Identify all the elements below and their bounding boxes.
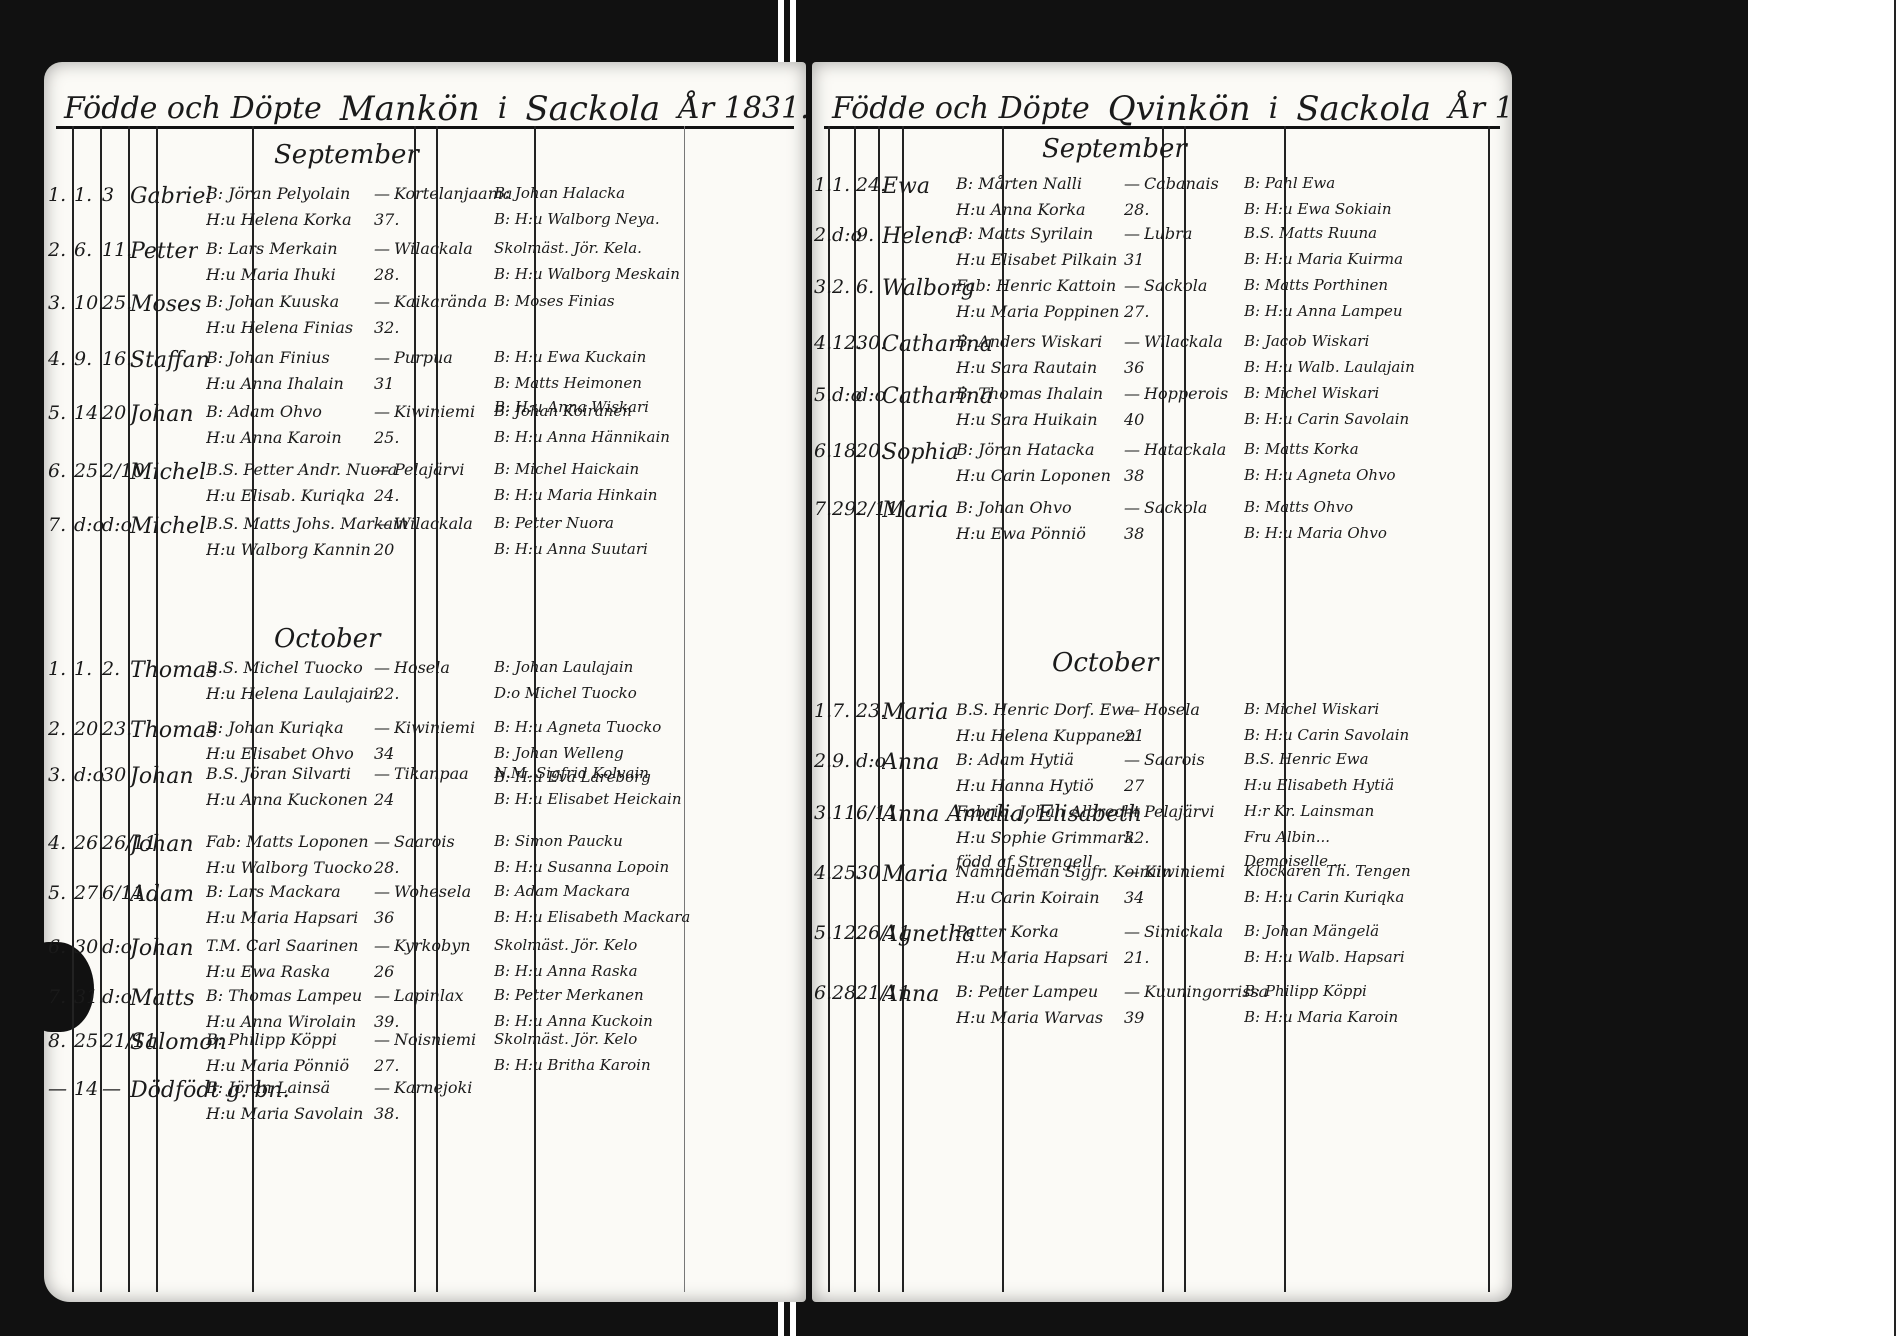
register-entry: 6.18.20.SophiaB: Jöran HatackaH:u Carin … [812,440,1512,492]
mother-age: 36 [374,908,394,927]
register-entry: —14—Dödfödt g. bn.B: Jöran LainsäH:u Mar… [44,1078,806,1130]
father-age: — [374,514,390,533]
witness: B: Matts Porthinen [1244,276,1388,294]
witness: D:o Michel Tuocko [494,684,637,702]
witness: N.M. Sigfrid Kolvain [494,764,649,782]
birth-day: 30 [74,936,98,958]
header-title: Födde och Döpte [832,92,1090,126]
mother-age: 31 [374,374,394,393]
baptism-day: — [102,1078,121,1100]
village: Sackola [1144,276,1207,295]
entry-number: 7. [48,986,66,1008]
witness: Skolmäst. Jör. Kelo [494,936,637,954]
witness: B: Matts Ohvo [1244,498,1353,516]
entry-number: 7. [48,514,66,536]
mother-age: 22. [374,684,399,703]
entry-number: 5. [814,922,832,944]
mother-name: H:u Anna Korka [956,200,1086,219]
mother-age: 27. [1124,302,1149,321]
witness: B: Johan Laulajain [494,658,633,676]
witness: B: H:u Agneta Ohvo [1244,466,1396,484]
father-name: B.S. Jöran Silvarti [206,764,351,783]
mother-age: 31 [1124,250,1144,269]
witness: B: H:u Ewa Sokiain [1244,200,1392,218]
father-age: — [1124,332,1140,351]
father-name: B: Johan Finius [206,348,330,367]
header-year: År 1831. [678,92,806,126]
witness: B: Johan Welleng [494,744,624,762]
child-name: Johan [130,832,194,857]
father-age: — [374,1078,390,1097]
witness: H:u Elisabeth Hytiä [1244,776,1394,794]
birth-day: 9. [832,750,850,772]
witness: B: H:u Maria Kuirma [1244,250,1403,268]
mother-age: 32. [374,318,399,337]
register-entry: 7.d:od:oMichelB.S. Matts Johs. MarkainH:… [44,514,806,566]
village: Tikanpaa [394,764,469,783]
birth-day: 10. [74,292,104,314]
left-page-boys: Födde och Döpte Mankön i Sackola År 1831… [44,62,806,1302]
village: Lubra [1144,224,1192,243]
mother-age: 34 [374,744,394,763]
father-age: — [1124,802,1140,821]
mother-age: 28. [374,858,399,877]
child-name: Johan [130,402,194,427]
mother-name: H:u Walborg Tuocko [206,858,372,877]
mother-age: 36 [1124,358,1144,377]
village: Wilackala [394,514,473,533]
register-entry: 5.14.20JohanB: Adam OhvoH:u Anna Karoin—… [44,402,806,454]
mother-name: H:u Ewa Raska [206,962,330,981]
village: Noisniemi [394,1030,476,1049]
mother-age: 27 [1124,776,1144,795]
entry-number: 1. [48,184,66,206]
birth-day: 20. [74,718,104,740]
header-sex: Mankön [340,92,480,126]
father-name: B: Jöran Pelyolain [206,184,350,203]
mother-age: 40 [1124,410,1144,429]
birth-day: d:o [74,764,104,786]
village: Kiwiniemi [1144,862,1225,881]
birth-day: 14 [74,1078,98,1100]
witness: B: Johan Mängelä [1244,922,1379,940]
child-name: Helena [882,224,962,249]
father-name: Fab: Matts Loponen [206,832,369,851]
entry-number: 3. [814,276,832,298]
child-name: Sophia [882,440,959,465]
baptism-day: 2. [102,658,120,680]
gutter-mark [778,0,784,70]
father-name: Fab: Henric Kattoin [956,276,1116,295]
father-name: B: Philipp Köppi [206,1030,337,1049]
witness: B.S. Matts Ruuna [1244,224,1377,242]
father-name: Fabriq. Johan Albrecht [956,802,1140,821]
child-name: Maria [882,862,948,887]
witness: B: Petter Merkanen [494,986,644,1004]
mother-name: H:u Maria Pönniö [206,1056,349,1075]
child-name: Anna [882,982,939,1007]
birth-day: 25. [74,1030,104,1052]
village: Saarois [1144,750,1205,769]
baptism-day: d:o [102,936,132,958]
village: Simickala [1144,922,1223,941]
witness: Skolmäst. Jör. Kela. [494,239,642,257]
mother-name: H:u Anna Wirolain [206,1012,356,1031]
entry-number: 6. [814,982,832,1004]
witness: B: Matts Korka [1244,440,1359,458]
month-heading: October [1052,648,1158,678]
mother-age: 25. [374,428,399,447]
father-age: — [374,936,390,955]
child-name: Gabriel [130,184,212,209]
child-name: Thomas [130,658,217,683]
entry-number: 4. [814,332,832,354]
mother-name: H:u Helena Laulajain [206,684,379,703]
register-entry: 2.20.23.ThomasB: Johan KuriqkaH:u Elisab… [44,718,806,770]
register-entry: 1.1.24.EwaB: Mårten NalliH:u Anna Korka—… [812,174,1512,226]
entry-number: 1. [814,174,832,196]
birth-day: 26. [74,832,104,854]
birth-day: 27. [74,882,104,904]
entry-number: 2. [48,239,66,261]
header-in: i [498,92,508,126]
birth-day: 25. [74,460,104,482]
birth-day: 9. [74,348,92,370]
baptism-day: 6. [856,276,874,298]
witness: Fru Albin... [1244,828,1330,846]
entry-number: 8. [48,1030,66,1052]
father-name: B.S. Petter Andr. Nuora [206,460,397,479]
child-name: Matts [130,986,195,1011]
register-entry: 6.25.2/10MichelB.S. Petter Andr. NuoraH:… [44,460,806,512]
entry-number: 6. [48,460,66,482]
register-entry: 4.12.30.CatharinaB: Anders WiskariH:u Sa… [812,332,1512,384]
witness: B: Michel Haickain [494,460,639,478]
witness: B: Johan Halacka [494,184,625,202]
father-name: B: Petter Lampeu [956,982,1098,1001]
child-name: Staffan [130,348,210,373]
entry-number: 1. [814,700,832,722]
father-age: — [1124,384,1140,403]
mother-name: H:u Maria Savolain [206,1104,363,1123]
birth-day: 31. [74,986,104,1008]
father-name: B: Mårten Nalli [956,174,1082,193]
witness: B: Petter Nuora [494,514,614,532]
witness: B: H:u Walb. Hapsari [1244,948,1405,966]
mother-age: 27. [374,1056,399,1075]
mother-name: H:u Elisabet Ohvo [206,744,354,763]
father-name: B: Thomas Lampeu [206,986,362,1005]
birth-day: 6. [74,239,92,261]
witness: B: Philipp Köppi [1244,982,1367,1000]
entry-number: 6. [48,936,66,958]
father-age: — [1124,224,1140,243]
header-sex: Qvinkön [1108,92,1251,126]
gutter-mark [790,0,796,70]
witness: H:r Kr. Lainsman [1244,802,1374,820]
register-entry: 1.1.2.ThomasB.S. Michel TuockoH:u Helena… [44,658,806,710]
witness: B: Johan Koiranen [494,402,632,420]
father-age: — [1124,982,1140,1001]
register-entry: 3.d:o30JohanB.S. Jöran SilvartiH:u Anna … [44,764,806,816]
witness: B: H:u Carin Kuriqka [1244,888,1404,906]
witness: B.S. Henric Ewa [1244,750,1369,768]
left-page-header: Födde och Döpte Mankön i Sackola År 1831… [56,86,794,129]
mother-name: H:u Carin Koirain [956,888,1100,907]
witness: B: H:u Walb. Laulajain [1244,358,1415,376]
father-name: B: Matts Syrilain [956,224,1093,243]
entry-number: 5. [814,384,832,406]
witness: B: H:u Walborg Neya. [494,210,660,228]
witness: B: Michel Wiskari [1244,384,1379,402]
child-name: Johan [130,936,194,961]
witness: Skolmäst. Jör. Kelo [494,1030,637,1048]
mother-age: 20 [374,540,394,559]
entry-number: 3. [48,292,66,314]
register-entry: 4.26.26/11JohanFab: Matts LoponenH:u Wal… [44,832,806,884]
mother-age: 21 [1124,726,1144,745]
header-title: Födde och Döpte [64,92,322,126]
entry-number: 3. [48,764,66,786]
child-name: Moses [130,292,201,317]
father-name: B: Adam Hytiä [956,750,1074,769]
entry-number: 7. [814,498,832,520]
entry-number: 6. [814,440,832,462]
mother-name: H:u Maria Hapsari [206,908,358,927]
witness: B: H:u Ewa Kuckain [494,348,646,366]
header-year: År 1831. [1449,92,1512,126]
witness: B: H:u Maria Ohvo [1244,524,1387,542]
entry-number: 2. [48,718,66,740]
entry-number: 4. [48,348,66,370]
scan-margin [1748,0,1900,1336]
entry-number: 4. [814,862,832,884]
father-age: — [374,882,390,901]
village: Hosela [1144,700,1200,719]
village: Kaikarända [394,292,487,311]
baptism-day: 23. [102,718,132,740]
father-age: — [1124,700,1140,719]
baptism-day: 30 [856,862,880,884]
mother-age: 28. [374,265,399,284]
mother-name: H:u Hanna Hytiö [956,776,1094,795]
witness: B: H:u Carin Savolain [1244,726,1409,744]
mother-age: 28. [1124,200,1149,219]
village: Hopperois [1144,384,1228,403]
mother-age: 26 [374,962,394,981]
witness: B: H:u Maria Karoin [1244,1008,1398,1026]
entry-number: 4. [48,832,66,854]
village: Purpua [394,348,453,367]
birth-day: d:o [74,514,104,536]
entry-number: 5. [48,402,66,424]
birth-day: 1. [74,184,92,206]
right-page-girls: Födde och Döpte Qvinkön i Sackola År 183… [812,62,1512,1302]
child-name: Maria [882,498,948,523]
village: Wilackala [1144,332,1223,351]
mother-age: 38 [1124,524,1144,543]
father-age: — [374,1030,390,1049]
witness: B: H:u Maria Hinkain [494,486,657,504]
mother-name: H:u Anna Ihalain [206,374,344,393]
mother-name: H:u Helena Korka [206,210,352,229]
register-entry: 5.d:od:oCatharinaB: Thomas IhalainH:u Sa… [812,384,1512,436]
witness: B: H:u Elisabet Heickain [494,790,682,808]
register-entry: 5.27.6/11AdamB: Lars MackaraH:u Maria Ha… [44,882,806,934]
mother-age: 38 [1124,466,1144,485]
father-name: B.S. Henric Dorf. Ewa [956,700,1135,719]
village: Kiwiniemi [394,718,475,737]
village: Hatackala [1144,440,1226,459]
father-age: — [374,292,390,311]
register-entry: 2.9.d:oAnnaB: Adam HytiäH:u Hanna Hytiö—… [812,750,1512,802]
village: Sackola [1144,498,1207,517]
father-age: — [1124,440,1140,459]
child-name: Thomas [130,718,217,743]
register-entry: 3.10.25.MosesB: Johan KuuskaH:u Helena F… [44,292,806,344]
month-heading: September [1042,134,1187,164]
father-name: B.S. Michel Tuocko [206,658,363,677]
mother-age: 38. [374,1104,399,1123]
father-age: — [374,832,390,851]
witness: B: H:u Anna Raska [494,962,638,980]
register-entry: 2.d:o9.HelenaB: Matts SyrilainH:u Elisab… [812,224,1512,276]
father-name: B: Lars Merkain [206,239,338,258]
mother-name: H:u Maria Hapsari [956,948,1108,967]
child-name: Johan [130,764,194,789]
father-age: — [1124,276,1140,295]
mother-name: H:u Maria Ihuki [206,265,336,284]
father-name: B: Johan Kuriqka [206,718,344,737]
entry-number: 5. [48,882,66,904]
father-age: — [374,658,390,677]
mother-age: 39. [374,1012,399,1031]
baptism-day: d:o [102,514,132,536]
village: Wilackala [394,239,473,258]
child-name: Anna [882,750,939,775]
mother-name: H:u Sara Huikain [956,410,1098,429]
mother-age: 39 [1124,1008,1144,1027]
witness: B: Jacob Wiskari [1244,332,1369,350]
register-entry: 6.28.21/11AnnaB: Petter LampeuH:u Maria … [812,982,1512,1034]
month-heading: October [274,624,380,654]
father-age: — [1124,922,1140,941]
birth-day: 14. [74,402,104,424]
witness: B: H:u Anna Lampeu [1244,302,1403,320]
header-parish: Sackola [525,92,660,126]
baptism-day: 3 [102,184,114,206]
father-age: — [374,239,390,258]
birth-day: 7. [832,700,850,722]
mother-name: H:u Ewa Pönniö [956,524,1086,543]
mother-name: H:u Walborg Kannin [206,540,371,559]
register-entry: 5.12.26/11AgnethaPetter KorkaH:u Maria H… [812,922,1512,974]
father-age: — [1124,750,1140,769]
witness: B: H:u Anna Hännikain [494,428,670,446]
village: Pelajärvi [1144,802,1214,821]
register-entry: 4.9.16.StaffanB: Johan FiniusH:u Anna Ih… [44,348,806,400]
village: Karnejoki [394,1078,472,1097]
witness: B: H:u Elisabeth Mackara [494,908,690,926]
birth-day: 2. [832,276,850,298]
father-name: Petter Korka [956,922,1059,941]
right-page-header: Födde och Döpte Qvinkön i Sackola År 183… [824,86,1500,129]
mother-name: H:u Maria Warvas [956,1008,1103,1027]
witness: B: Simon Paucku [494,832,623,850]
month-heading: September [274,140,419,170]
register-entry: 7.29.2/11MariaB: Johan OhvoH:u Ewa Pönni… [812,498,1512,550]
mother-age: 24. [374,486,399,505]
witness: B: H:u Walborg Meskain [494,265,680,283]
baptism-day: 30 [102,764,126,786]
witness: B: H:u Susanna Lopoin [494,858,669,876]
baptism-day: 11. [102,239,132,261]
village: Pelajärvi [394,460,464,479]
mother-name: H:u Anna Kuckonen [206,790,368,809]
witness: B: Adam Mackara [494,882,630,900]
baptism-day: 16. [102,348,132,370]
village: Kyrkobyn [394,936,471,955]
entry-number: 2. [814,224,832,246]
entry-number: 2. [814,750,832,772]
father-name: B: Johan Kuuska [206,292,339,311]
father-name: B: Adam Ohvo [206,402,322,421]
register-entry: 1.1.3GabrielB: Jöran PelyolainH:u Helena… [44,184,806,236]
mother-name: H:u Helena Finias [206,318,353,337]
mother-name: H:u Sophie Grimmark [956,828,1134,847]
mother-age: 24 [374,790,394,809]
mother-name: H:u Sara Rautain [956,358,1097,377]
village: Lapinlax [394,986,464,1005]
witness: B: Matts Heimonen [494,374,642,392]
father-age: — [1124,862,1140,881]
father-age: — [1124,498,1140,517]
witness: Klockaren Th. Tengen [1244,862,1411,880]
mother-name: H:u Maria Poppinen [956,302,1119,321]
mother-age: 32. [1124,828,1149,847]
village: Saarois [394,832,455,851]
child-name: Michel [130,514,206,539]
father-age: — [374,764,390,783]
witness: B: H:u Carin Savolain [1244,410,1409,428]
mother-age: 37. [374,210,399,229]
father-age: — [374,184,390,203]
witness: B: H:u Anna Kuckoin [494,1012,653,1030]
child-name: Michel [130,460,206,485]
village: Kiwiniemi [394,402,475,421]
mother-name: H:u Elisab. Kuriqka [206,486,365,505]
witness: B: Pahl Ewa [1244,174,1335,192]
father-age: — [374,986,390,1005]
father-age: — [374,460,390,479]
witness: B: H:u Britha Karoin [494,1056,651,1074]
father-age: — [374,718,390,737]
father-age: — [1124,174,1140,193]
header-in: i [1269,92,1279,126]
entry-number: — [48,1078,67,1100]
father-name: B: Lars Mackara [206,882,341,901]
witness: B: Michel Wiskari [1244,700,1379,718]
mother-name: H:u Carin Loponen [956,466,1111,485]
village: Cabanais [1144,174,1219,193]
father-name: B: Anders Wiskari [956,332,1102,351]
register-entry: 3.11.6/11Anna Amalia, ElisabethFabriq. J… [812,802,1512,854]
witness: B: H:u Anna Suutari [494,540,648,558]
baptism-day: d:o [102,986,132,1008]
father-name: B: Jöran Lainsä [206,1078,330,1097]
baptism-day: 20 [102,402,126,424]
entry-number: 1. [48,658,66,680]
